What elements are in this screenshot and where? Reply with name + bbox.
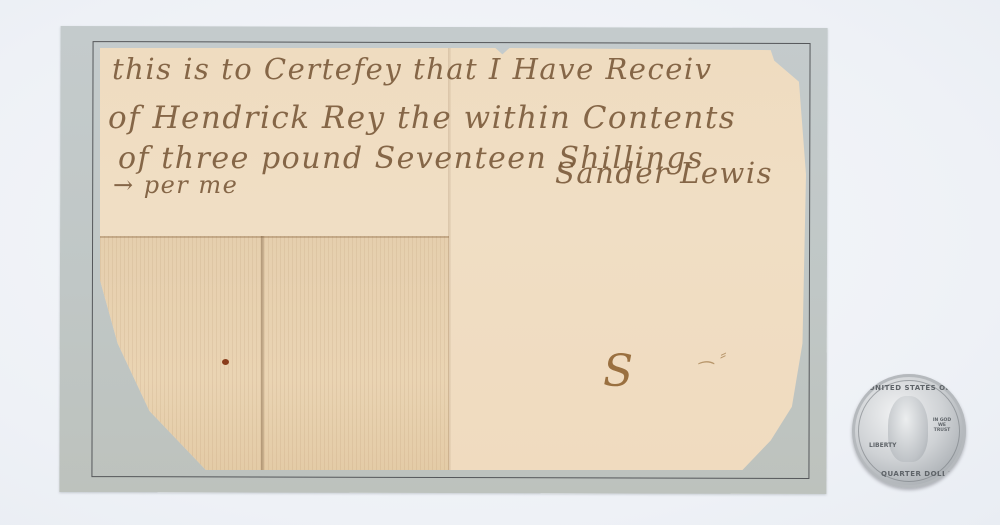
quarter-coin: UNITED STATES OF AMERICA LIBERTY IN GOD …: [852, 374, 966, 488]
faint-ink-marks: ⁔ ⸗: [700, 344, 740, 364]
coin-top-legend: UNITED STATES OF AMERICA: [869, 384, 966, 392]
washington-portrait: [888, 396, 928, 462]
fold-crease-vertical: [261, 236, 264, 470]
manuscript-line-1: this is to Certefey that I Have Receiv: [112, 52, 713, 86]
manuscript-line-4: → per me: [113, 171, 238, 199]
manuscript-signature: Sander Lewis: [555, 156, 773, 190]
coin-bottom-legend: QUARTER DOLLAR: [881, 470, 959, 478]
manuscript-line-2: of Hendrick Rey the within Contents: [108, 100, 736, 136]
ink-mark-s: S: [603, 350, 637, 394]
ink-stain-dot: [222, 359, 229, 365]
coin-liberty: LIBERTY: [869, 442, 897, 449]
coin-motto: IN GOD WE TRUST: [932, 418, 952, 433]
